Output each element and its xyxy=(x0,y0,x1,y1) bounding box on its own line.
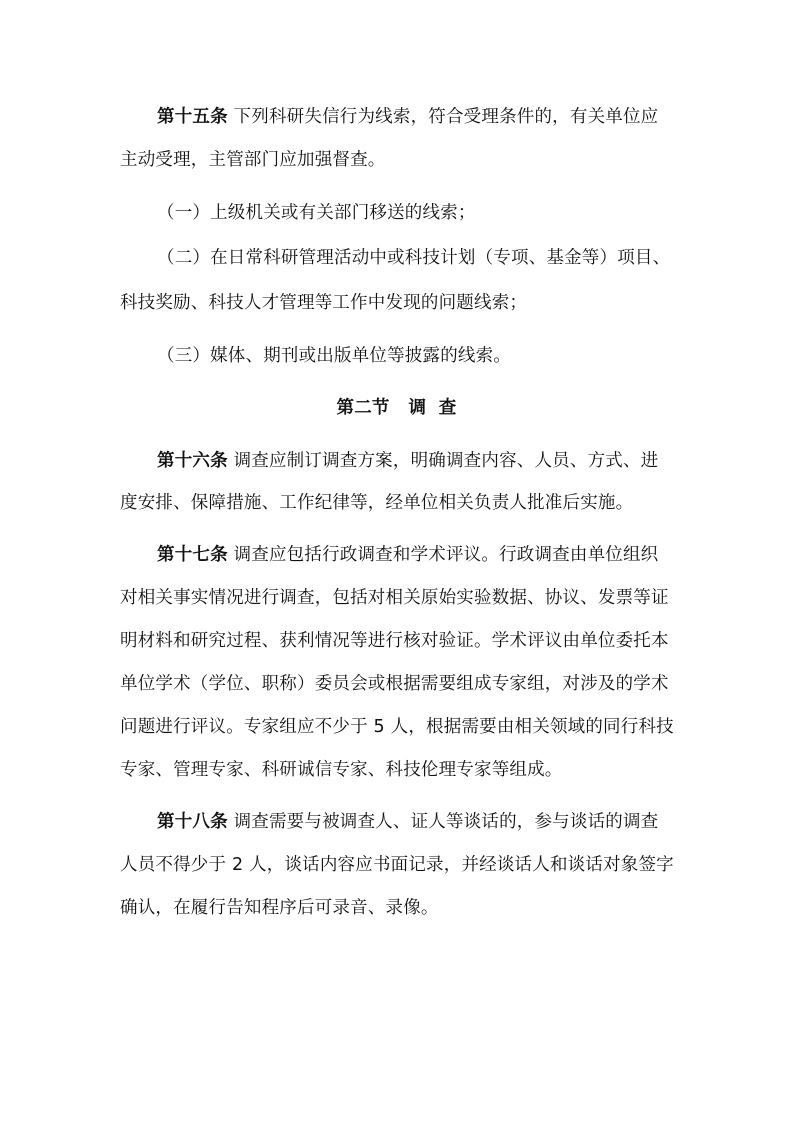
article-17-line-3: 明材料和研究过程、获利情况等进行核对验证。学术评议由单位委托本 xyxy=(120,628,680,654)
article-18-line-1: 第十八条 调查需要与被调查人、证人等谈话的，参与谈话的调查 xyxy=(157,809,680,835)
item-2-line-1: （二）在日常科研管理活动中或科技计划（专项、基金等）项目、 xyxy=(157,245,680,271)
article-number: 第十八条 xyxy=(157,812,228,832)
item-2-line-2: 科技奖励、科技人才管理等工作中发现的问题线索； xyxy=(120,290,680,316)
article-17-line-2: 对相关事实情况进行调查，包括对相关原始实验数据、协议、发票等证 xyxy=(120,585,680,611)
article-text: 调查应制订调查方案，明确调查内容、人员、方式、进 xyxy=(234,451,659,471)
article-17-line-1: 第十七条 调查应包括行政调查和学术评议。行政调查由单位组织 xyxy=(157,542,680,568)
article-text: 调查需要与被调查人、证人等谈话的，参与谈话的调查 xyxy=(234,812,659,832)
article-number: 第十七条 xyxy=(157,545,228,565)
article-18-line-2: 人员不得少于 2 人，谈话内容应书面记录，并经谈话人和谈话对象签字 xyxy=(120,852,680,878)
article-number: 第十六条 xyxy=(157,451,228,471)
article-16-line-1: 第十六条 调查应制订调查方案，明确调查内容、人员、方式、进 xyxy=(157,448,680,474)
article-15-line-1: 第十五条 下列科研失信行为线索，符合受理条件的，有关单位应 xyxy=(157,104,680,130)
section-heading: 第二节 调 查 xyxy=(0,395,793,421)
document-page: 第十五条 下列科研失信行为线索，符合受理条件的，有关单位应 主动受理，主管部门应… xyxy=(0,0,793,1122)
item-3: （三）媒体、期刊或出版单位等披露的线索。 xyxy=(157,343,680,369)
article-number: 第十五条 xyxy=(157,107,228,127)
article-17-line-5: 问题进行评议。专家组应不少于 5 人，根据需要由相关领域的同行科技 xyxy=(120,714,680,740)
article-16-line-2: 度安排、保障措施、工作纪律等，经单位相关负责人批准后实施。 xyxy=(120,490,680,516)
article-18-line-3: 确认，在履行告知程序后可录音、录像。 xyxy=(120,895,680,921)
article-text: 下列科研失信行为线索，符合受理条件的，有关单位应 xyxy=(234,107,659,127)
item-1: （一）上级机关或有关部门移送的线索； xyxy=(157,200,680,226)
article-17-line-4: 单位学术（学位、职称）委员会或根据需要组成专家组，对涉及的学术 xyxy=(120,671,680,697)
article-17-line-6: 专家、管理专家、科研诚信专家、科技伦理专家等组成。 xyxy=(120,757,680,783)
article-15-line-2: 主动受理，主管部门应加强督查。 xyxy=(120,147,680,173)
article-text: 调查应包括行政调查和学术评议。行政调查由单位组织 xyxy=(234,545,659,565)
